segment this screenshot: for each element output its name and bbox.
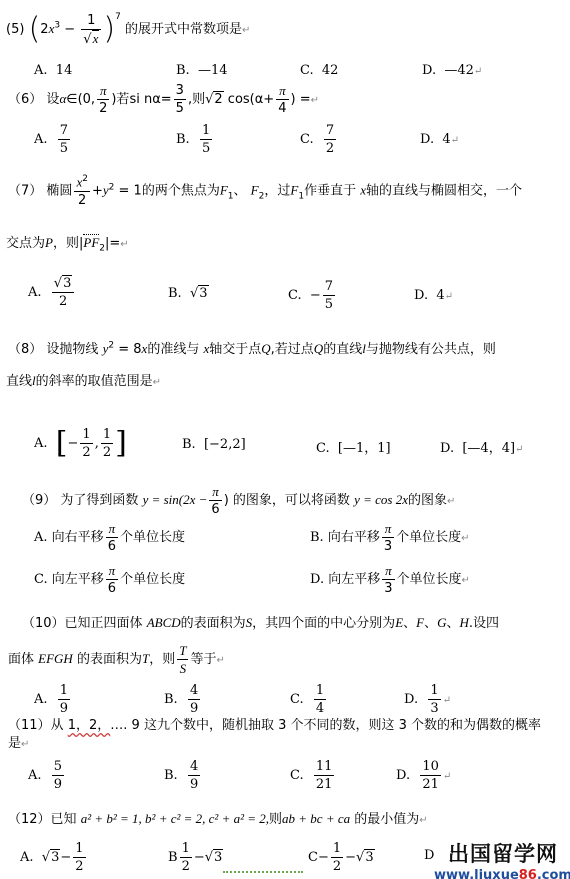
- stem-text: 椭圆: [46, 184, 72, 199]
- paragraph-mark-icon: ↵: [153, 377, 161, 388]
- stem-text: 的表面积为: [77, 652, 142, 667]
- minus: −: [64, 22, 75, 37]
- option-a[interactable]: A. 19: [34, 684, 72, 715]
- watermark-url: www.liuxue86.com: [434, 868, 570, 879]
- option-a[interactable]: A. [−12,12]: [34, 428, 127, 459]
- sign: −: [318, 850, 329, 865]
- watermark: 出国留学网 www.liuxue86.com: [434, 838, 570, 879]
- option-label: B.: [164, 768, 178, 783]
- denominator: 3: [382, 538, 394, 553]
- numerator: 1: [428, 684, 440, 700]
- numerator: 1: [58, 684, 70, 700]
- option-label: D.: [310, 572, 324, 587]
- fraction: 12: [80, 428, 92, 459]
- stem-text: 的图象: [408, 493, 447, 508]
- stem-text: ，过: [264, 184, 290, 199]
- radicand: 3: [50, 849, 60, 865]
- numerator: 5: [52, 760, 64, 776]
- problem-10-stem-line2: 面体 EFGH 的表面积为T，则TS等于↵: [8, 644, 225, 675]
- problem-9-stem: （9） 为了得到函数 y = sin(2x −π6) 的图象，可以将函数 y =…: [22, 485, 455, 516]
- option-d[interactable]: D. 4↵: [420, 132, 459, 147]
- grammar-squiggle: [223, 865, 303, 873]
- option-value: 4: [436, 288, 444, 303]
- tetrahedron-abcd: ABCD: [147, 615, 181, 630]
- denominator: 21: [420, 776, 441, 791]
- option-label: B.: [310, 530, 324, 545]
- power: 2: [108, 341, 114, 351]
- paragraph-mark-icon: ↵: [443, 695, 451, 706]
- url-digits: 86: [519, 868, 537, 879]
- fraction: 59: [52, 760, 64, 791]
- tetrahedron-efgh: EFGH: [38, 651, 73, 666]
- outer-power: 7: [115, 12, 121, 22]
- direction: 向右平移: [328, 530, 380, 545]
- point-g: G: [437, 615, 446, 630]
- problem-6-stem: （6） 设α∈(0,π2)若si nα=35,则√2 cos(α+π4) =↵: [8, 84, 319, 115]
- numerator: 4: [188, 760, 200, 776]
- option-b[interactable]: B. 49: [164, 760, 202, 791]
- direction: 向左平移: [52, 572, 104, 587]
- close-bracket: ]: [115, 426, 127, 461]
- fraction: π3: [382, 564, 394, 595]
- stem-text: 从: [51, 718, 64, 733]
- option-label: B.: [168, 286, 182, 301]
- fraction: x22: [74, 175, 90, 207]
- option-label: B.: [176, 63, 190, 78]
- fraction: 12: [73, 842, 85, 873]
- numerator: 1: [180, 842, 192, 858]
- denominator: 5: [174, 100, 186, 115]
- radicand: 3: [198, 285, 208, 301]
- stem-text: 已知正四面体: [65, 616, 143, 631]
- stem-text: ) =: [291, 92, 311, 107]
- option-a[interactable]: A. √3−12: [20, 842, 88, 873]
- denominator: 2: [80, 444, 92, 459]
- stem-text: 面体: [8, 652, 34, 667]
- stem-text: 的最小值为: [354, 812, 419, 827]
- stem-text: 的斜率的取值范围是: [36, 374, 153, 389]
- option-b[interactable]: B. [−2,2]: [182, 437, 246, 452]
- ellipsis: …. 9: [110, 718, 140, 733]
- denominator: 5: [58, 140, 70, 155]
- stem-text: 的两个焦点为: [142, 184, 220, 199]
- point-p: P: [45, 235, 53, 250]
- direction: 向右平移: [52, 530, 104, 545]
- open-bracket: [: [56, 426, 68, 461]
- point-e: E: [395, 615, 403, 630]
- denominator: 2: [74, 192, 90, 207]
- problem-number: （10）: [22, 616, 65, 631]
- operator: −: [194, 850, 205, 865]
- option-label: A.: [28, 285, 42, 300]
- point-f: F: [416, 615, 424, 630]
- numerator: π: [106, 522, 118, 538]
- stem-text: 设: [46, 92, 59, 107]
- equations: a² + b² = 1, b² + c² = 2, c² + a² = 2,: [81, 811, 269, 826]
- option-c[interactable]: C. 1121: [290, 760, 336, 791]
- cos-expr: cos(α+: [228, 92, 274, 107]
- paragraph-mark-icon: ↵: [311, 95, 319, 106]
- fraction: 75: [58, 124, 70, 155]
- numerator: π: [382, 522, 394, 538]
- focus-f2: F: [251, 183, 259, 198]
- radicand: x: [92, 30, 100, 46]
- fraction: √32: [52, 277, 75, 308]
- option-label: D.: [420, 132, 434, 147]
- vector-pf: PF: [83, 234, 99, 250]
- stem-text: 轴交于点: [209, 342, 261, 357]
- denominator: √x: [81, 30, 101, 46]
- option-value: [−2,2]: [204, 437, 246, 452]
- numerator: 4: [188, 684, 200, 700]
- fraction: 35: [174, 84, 186, 115]
- option-c[interactable]: C. 14: [290, 684, 328, 715]
- option-d[interactable]: D. [—4，4]↵: [440, 437, 523, 456]
- numerator: 1: [80, 428, 92, 444]
- stem-text: ，则: [53, 236, 79, 251]
- denominator: 9: [58, 700, 70, 715]
- paragraph-mark-icon: ↵: [474, 66, 482, 77]
- problem-8-stem-line2: 直线l的斜率的取值范围是↵: [6, 370, 161, 389]
- option-d[interactable]: D. 4↵: [414, 288, 453, 303]
- close-paren: ): [224, 493, 229, 508]
- option-d[interactable]: D. 向左平移π3个单位长度↵: [310, 564, 470, 595]
- stem-text: ,若过点: [271, 342, 314, 357]
- interval: ∈(0,: [66, 92, 95, 107]
- paragraph-mark-icon: ↵: [216, 655, 224, 666]
- radicand: 2: [213, 91, 223, 107]
- numerator: 1: [73, 842, 85, 858]
- option-label: B.: [182, 437, 196, 452]
- denominator: 9: [188, 700, 200, 715]
- option-label: D.: [396, 768, 410, 783]
- stem-text: 与抛物线有公共点，则: [366, 342, 496, 357]
- option-c[interactable]: C. 72: [300, 124, 338, 155]
- option-value: [—1，1]: [338, 441, 391, 456]
- option-label: A.: [34, 530, 48, 545]
- denominator: 2: [180, 858, 192, 873]
- watermark-title: 出国留学网: [434, 838, 570, 868]
- fraction: 49: [188, 684, 200, 715]
- option-label: C.: [300, 132, 314, 147]
- numerator: T: [177, 644, 188, 660]
- fraction: 75: [323, 280, 335, 311]
- separator: 、: [424, 616, 437, 631]
- stem-text: 的展开式中常数项是: [125, 22, 242, 37]
- problem-8-stem-line1: （8） 设抛物线 y2 = 8x的准线与 x轴交于点Q,若过点Q的直线l与抛物线…: [8, 338, 496, 357]
- fraction: 14: [314, 684, 326, 715]
- radicand: 3: [62, 275, 72, 291]
- option-label: C.: [290, 768, 304, 783]
- direction: 向左平移: [328, 572, 380, 587]
- denominator: 2: [73, 858, 85, 873]
- sin-expr: si nα=: [129, 92, 171, 107]
- option-label: A.: [34, 692, 48, 707]
- stem-text: .设四: [469, 616, 499, 631]
- option-label: C: [308, 850, 318, 865]
- function-expr: y = sin(2x −: [143, 492, 208, 507]
- fraction: 1121: [314, 760, 335, 791]
- operator: −: [345, 850, 356, 865]
- numerator: 3: [174, 84, 186, 100]
- option-b[interactable]: B. 49: [164, 684, 202, 715]
- fraction: 1021: [420, 760, 441, 791]
- option-value: —14: [198, 63, 228, 78]
- fraction: 1√x: [81, 14, 101, 46]
- sign: −: [310, 288, 321, 303]
- url-prefix: www.liuxue: [434, 868, 519, 879]
- stem-text: 直线: [6, 374, 32, 389]
- paragraph-mark-icon: ↵: [242, 25, 250, 36]
- option-value: 14: [56, 63, 73, 78]
- option-label: D.: [404, 692, 418, 707]
- stem-text: 已知: [51, 812, 77, 827]
- option-label: B.: [176, 132, 190, 147]
- denominator: S: [177, 660, 188, 675]
- denominator: 5: [200, 140, 212, 155]
- stem-text: 轴的直线与椭圆相交，一个: [366, 184, 522, 199]
- problem-7-stem-line2: 交点为P，则|PF2|=↵: [6, 232, 129, 254]
- option-c[interactable]: C−12−√3: [308, 842, 375, 873]
- numerator: 7: [323, 280, 335, 296]
- denominator: 2: [52, 293, 75, 308]
- unit-text: 个单位长度: [120, 572, 185, 587]
- option-label: D: [424, 848, 434, 863]
- unit-text: 个单位长度: [120, 530, 185, 545]
- numerator: π: [97, 84, 109, 100]
- fraction: π6: [106, 522, 118, 553]
- function-expr: y = cos 2x: [354, 492, 408, 507]
- problem-number: （7）: [8, 184, 42, 199]
- denominator: 4: [314, 700, 326, 715]
- fraction: π4: [276, 84, 288, 115]
- fraction: 49: [188, 760, 200, 791]
- option-label: B.: [164, 692, 178, 707]
- stem-text: 作垂直于: [304, 184, 356, 199]
- denominator: 9: [52, 776, 64, 791]
- equals: = 8: [118, 342, 141, 357]
- stem-text: 的图象，可以将函数: [233, 493, 350, 508]
- stem-text: 交点为: [6, 236, 45, 251]
- numerator: π: [276, 84, 288, 100]
- problem-number: （11）: [8, 718, 51, 733]
- numerator: 1: [314, 684, 326, 700]
- denominator: 5: [323, 296, 335, 311]
- coef: 2: [40, 22, 48, 37]
- numerator: π: [382, 564, 394, 580]
- numerator: 1: [331, 842, 343, 858]
- option-c[interactable]: C. 42: [300, 63, 338, 78]
- plus: +: [92, 184, 103, 199]
- fraction: TS: [177, 644, 188, 675]
- paragraph-mark-icon: ↵: [419, 815, 427, 826]
- denominator: 9: [188, 776, 200, 791]
- option-label: B: [168, 850, 178, 865]
- denominator: 3: [428, 700, 440, 715]
- option-d[interactable]: D. 1021↵: [396, 760, 451, 791]
- power: 2: [109, 182, 115, 192]
- radicand: 3: [364, 849, 374, 865]
- numerator: 7: [58, 124, 70, 140]
- problem-5-stem: (5) (2x3 − 1√x)7 的展开式中常数项是↵: [6, 12, 250, 46]
- fraction: 12: [101, 428, 113, 459]
- unit-text: 个单位长度: [397, 572, 462, 587]
- denominator: 4: [276, 100, 288, 115]
- option-a[interactable]: A. 14: [34, 63, 72, 78]
- option-value: 4: [442, 132, 450, 147]
- stem-text: 是: [8, 736, 21, 751]
- stem-text: 则: [269, 812, 282, 827]
- numerator: π: [209, 485, 221, 501]
- option-b[interactable]: B. —14: [176, 63, 228, 78]
- numerator: 1: [101, 428, 113, 444]
- option-c[interactable]: C. −75: [288, 280, 337, 311]
- fraction: 13: [428, 684, 440, 715]
- stem-text: 的准线与: [147, 342, 199, 357]
- stem-text: 的表面积为: [181, 616, 246, 631]
- option-a[interactable]: A. 向右平移π6个单位长度: [34, 522, 185, 553]
- paragraph-mark-icon: ↵: [443, 771, 451, 782]
- fraction: π3: [382, 522, 394, 553]
- stem-text: 的直线: [323, 342, 362, 357]
- numerator: 7: [324, 124, 336, 140]
- numerator: π: [106, 564, 118, 580]
- option-label: D.: [422, 63, 436, 78]
- option-label: A.: [28, 768, 42, 783]
- option-label: C.: [290, 692, 304, 707]
- paragraph-mark-icon: ↵: [21, 739, 29, 750]
- denominator: 2: [101, 444, 113, 459]
- denominator: 3: [382, 580, 394, 595]
- option-label: C.: [300, 63, 314, 78]
- point-q: Q: [314, 341, 323, 356]
- stem-text: )若: [111, 92, 129, 107]
- paragraph-mark-icon: ↵: [462, 575, 470, 586]
- separator: 、: [403, 616, 416, 631]
- stem-text: ,则: [188, 92, 205, 107]
- option-a[interactable]: A. √32: [28, 277, 76, 308]
- option-b[interactable]: B. 15: [176, 124, 214, 155]
- option-value: —42: [444, 63, 474, 78]
- option-label: A.: [34, 132, 48, 147]
- fraction: π6: [209, 485, 221, 516]
- option-label: C.: [288, 288, 302, 303]
- option-c[interactable]: C. 向左平移π6个单位长度: [34, 564, 185, 595]
- paragraph-mark-icon: ↵: [515, 444, 523, 455]
- separator: 、: [447, 616, 460, 631]
- fraction: 19: [58, 684, 70, 715]
- fraction: 12: [331, 842, 343, 873]
- stem-text: 这九个数中，随机抽取 3 个不同的数，则这 3 个数的和为偶数的概率: [144, 718, 541, 733]
- option-a[interactable]: A. 75: [34, 124, 72, 155]
- fraction: π6: [106, 564, 118, 595]
- numerator: 1: [200, 124, 212, 140]
- fraction: 72: [324, 124, 336, 155]
- denominator: 6: [209, 501, 221, 516]
- option-b[interactable]: B. 向右平移π3个单位长度↵: [310, 522, 470, 553]
- paragraph-mark-icon: ↵: [445, 291, 453, 302]
- close-paren: ): [103, 12, 115, 47]
- problem-number: （6）: [8, 92, 42, 107]
- option-label: D.: [414, 288, 428, 303]
- problem-7-stem-line1: （7） 椭圆x22+y2 = 1的两个焦点为F1、 F2，过F1作垂直于 x轴的…: [8, 175, 522, 207]
- problem-12-stem: （12）已知 a² + b² = 1, b² + c² = 2, c² + a²…: [8, 808, 428, 827]
- problem-number: （9）: [22, 493, 56, 508]
- url-suffix: .com: [537, 868, 570, 879]
- point-q: Q: [261, 341, 270, 356]
- denominator: 6: [106, 538, 118, 553]
- option-b[interactable]: B12−√3: [168, 842, 303, 873]
- unit-text: 个单位长度: [396, 530, 461, 545]
- denominator: 6: [106, 580, 118, 595]
- option-d[interactable]: D. 13↵: [404, 684, 451, 715]
- fraction: 12: [180, 842, 192, 873]
- target-expr: ab + bc + ca: [282, 811, 350, 826]
- sequence: 1，2，: [68, 718, 111, 733]
- option-label: C.: [316, 441, 330, 456]
- point-h: H: [460, 615, 469, 630]
- numerator: 1: [81, 14, 101, 30]
- stem-text: 等于: [190, 652, 216, 667]
- problem-number: （8）: [8, 342, 42, 357]
- separator: 、: [234, 184, 247, 199]
- equals: = 1: [119, 184, 142, 199]
- stem-text: 为了得到函数: [60, 493, 138, 508]
- fraction: π2: [97, 84, 109, 115]
- problem-number: (5): [6, 22, 24, 37]
- problem-11-stem-line2: 是↵: [8, 732, 29, 751]
- numerator: 10: [420, 760, 441, 776]
- denominator: 21: [314, 776, 335, 791]
- option-d[interactable]: D: [424, 848, 434, 863]
- paragraph-mark-icon: ↵: [447, 496, 455, 507]
- option-c[interactable]: C. [—1，1]: [316, 437, 391, 456]
- power: 3: [54, 21, 60, 31]
- option-label: A.: [20, 850, 34, 865]
- fraction: 15: [200, 124, 212, 155]
- option-label: A.: [34, 436, 48, 451]
- operator: −: [60, 850, 71, 865]
- option-label: A.: [34, 63, 48, 78]
- power: 2: [82, 174, 88, 184]
- option-value: 42: [322, 63, 339, 78]
- problem-11-stem-line1: （11）从 1，2，…. 9 这九个数中，随机抽取 3 个不同的数，则这 3 个…: [8, 714, 541, 733]
- stem-text: ，则: [149, 652, 175, 667]
- problem-10-stem-line1: （10）已知正四面体 ABCD的表面积为S，其四个面的中心分别为E、F、G、H.…: [22, 612, 499, 631]
- denominator: 2: [324, 140, 336, 155]
- option-label: C.: [34, 572, 48, 587]
- stem-text: ，其四个面的中心分别为: [252, 616, 395, 631]
- stem-text: 设抛物线: [46, 342, 98, 357]
- option-label: D.: [440, 441, 454, 456]
- option-a[interactable]: A. 59: [28, 760, 66, 791]
- paragraph-mark-icon: ↵: [451, 135, 459, 146]
- radicand: 3: [213, 849, 223, 865]
- option-b[interactable]: B. √3: [168, 286, 209, 301]
- denominator: 2: [97, 100, 109, 115]
- open-paren: (: [29, 12, 41, 47]
- option-value: [—4，4]: [462, 441, 515, 456]
- paragraph-mark-icon: ↵: [461, 533, 469, 544]
- paragraph-mark-icon: ↵: [120, 239, 128, 250]
- problem-number: （12）: [8, 812, 51, 827]
- numerator: 11: [314, 760, 335, 776]
- focus-f1: F: [220, 183, 228, 198]
- abs-close: |=: [105, 236, 120, 251]
- denominator: 2: [331, 858, 343, 873]
- option-d[interactable]: D. —42↵: [422, 63, 482, 78]
